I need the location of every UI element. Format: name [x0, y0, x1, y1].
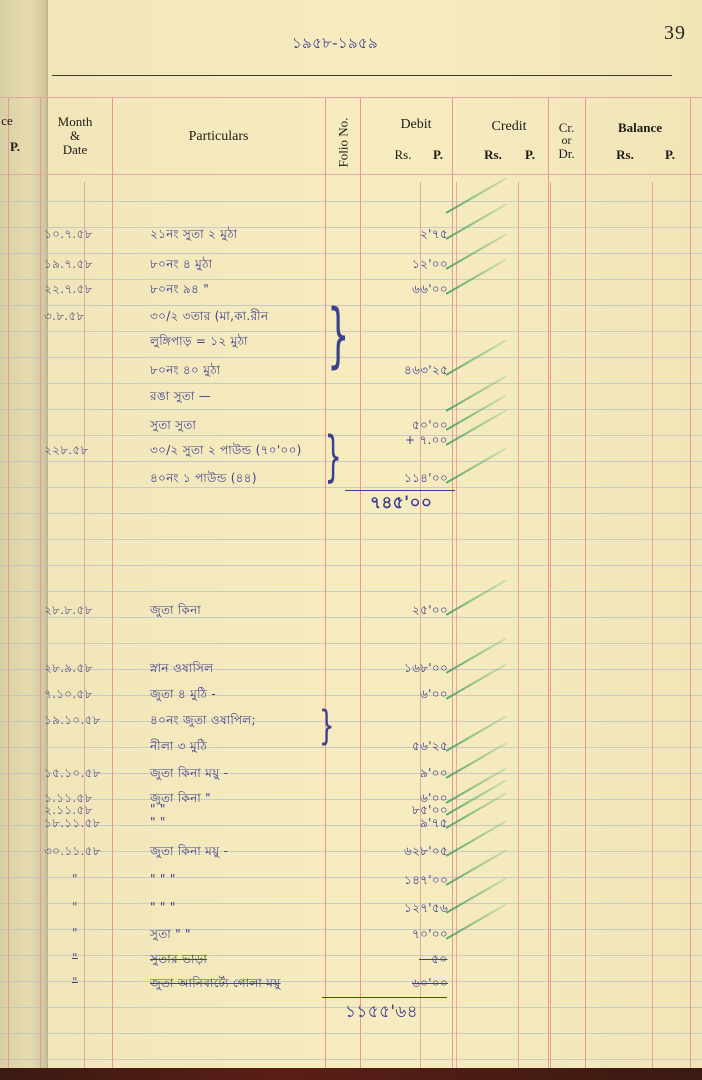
entry-particulars: সুতার ভাড়া — [150, 951, 207, 971]
subtotal-amount: ৭৪৫'০০ — [370, 490, 432, 518]
row-rule — [0, 617, 702, 618]
header-balance-rs: Rs. — [610, 148, 640, 161]
total-rule — [322, 997, 447, 998]
row-rule — [0, 877, 702, 878]
row-rule — [0, 825, 702, 826]
entry-debit: ১২'০০ — [412, 256, 448, 276]
row-rule — [0, 409, 702, 410]
row-rule — [0, 747, 702, 748]
column-rule — [548, 98, 549, 1068]
sub-column-rule — [518, 182, 519, 1068]
row-rule — [0, 1033, 702, 1034]
sub-column-rule — [550, 182, 551, 1068]
entry-date: " — [72, 926, 78, 940]
header-debit: Debit — [360, 118, 472, 131]
entry-debit: ২'৭৫ — [420, 226, 448, 246]
row-rule — [0, 721, 702, 722]
row-rule — [0, 435, 702, 436]
entry-particulars: জুতা আনিবার্ট্যে গোলা ময়ু — [150, 975, 281, 995]
entry-date: ২৮.৯.৫৮ — [44, 660, 93, 680]
entry-date: ৩.৮.৫৮ — [44, 308, 85, 328]
header-credit: Credit — [470, 120, 548, 133]
row-rule — [0, 279, 702, 280]
entry-particulars: ২১নং সুতা ২ মুঠা — [150, 226, 237, 246]
entry-particulars: সুতা " " — [150, 926, 191, 946]
entry-debit: ১২৭'৫৬ — [404, 900, 448, 920]
grand-total-amount: ১১৫৫'৬৪ — [345, 999, 418, 1027]
entry-debit: ১৪৭'০০ — [404, 872, 448, 892]
row-rule — [0, 1059, 702, 1060]
header-month: Month — [50, 115, 100, 128]
row-rule — [0, 253, 702, 254]
entry-debit: ৫৬'২৫ — [412, 738, 448, 758]
entry-particulars: জুতা কিনা ময়ু - — [150, 843, 228, 863]
entry-date: ২৮.৮.৫৮ — [44, 602, 93, 622]
page-number: 39 — [664, 22, 686, 45]
column-rule — [690, 98, 691, 1068]
entry-date: ২২৮.৫৮ — [44, 442, 89, 462]
left-page-header-ce: ce — [0, 114, 14, 127]
entry-particulars: " " — [150, 815, 166, 829]
entry-date: ১০.৭.৫৮ — [44, 226, 93, 246]
entry-date: " — [72, 872, 78, 886]
header-credit-p: P. — [520, 148, 540, 161]
entry-particulars: জুতা কিনা ময়ু - — [150, 765, 228, 785]
brace-group-2: } — [325, 430, 342, 484]
entry-debit: ৬৬'০০ — [412, 281, 448, 301]
row-rule — [0, 487, 702, 488]
row-rule — [0, 383, 702, 384]
row-rule — [0, 201, 702, 202]
entry-debit: + ৭.০০ — [405, 432, 448, 452]
entry-date: " — [72, 975, 78, 989]
header-credit-rs: Rs. — [478, 148, 508, 161]
header-balance-p: P. — [660, 148, 680, 161]
row-rule — [0, 799, 702, 800]
row-rule — [0, 305, 702, 306]
book-cover-edge — [0, 1068, 702, 1080]
entry-debit: ৭০'০০ — [412, 926, 448, 946]
entry-date: ১৮.১১.৫৮ — [44, 815, 101, 835]
title-rule — [52, 75, 672, 76]
entry-particulars: ৮০নং ৯৪ " — [150, 281, 209, 301]
header-debit-rs: Rs. — [388, 148, 418, 161]
entry-particulars: ৩০/২ সুতা ২ পাউন্ড (৭০'০০) — [150, 442, 302, 462]
entry-particulars: " " " — [150, 900, 176, 914]
row-rule — [0, 513, 702, 514]
row-rule — [0, 357, 702, 358]
entry-particulars: " " " — [150, 872, 176, 886]
header-bottom-rule — [0, 174, 702, 175]
header-date: Date — [50, 143, 100, 156]
header-balance: Balance — [590, 121, 690, 134]
entry-debit: ১১৪'০০ — [404, 470, 448, 490]
entry-particulars: লুঙ্গিপাড় = ১২ মুঠা — [150, 333, 248, 353]
entry-debit: ৪৬৩'২৫ — [404, 362, 448, 382]
entry-debit: ১৬৮'০০ — [404, 660, 448, 680]
header-top-rule — [0, 97, 702, 98]
entry-date: ১৯.১০.৫৮ — [44, 712, 101, 732]
header-folio: Folio No. — [337, 110, 350, 176]
column-rule — [40, 98, 41, 1068]
entry-date: ৩০.১১.৫৮ — [44, 843, 101, 863]
column-rule — [585, 98, 586, 1068]
entry-particulars: সুতা সুতা — [150, 417, 196, 437]
heading-handwritten: ১৯৫৮-১৯৫৯ — [292, 32, 378, 57]
column-rule — [112, 98, 113, 1068]
row-rule — [0, 669, 702, 670]
entry-date: " — [72, 951, 78, 965]
row-rule — [0, 773, 702, 774]
row-rule — [0, 929, 702, 930]
column-rule — [452, 98, 453, 1068]
entry-debit: ২৫'০০ — [412, 602, 448, 622]
entry-particulars: রঙা সুতা — — [150, 388, 211, 408]
column-rule — [8, 98, 9, 1068]
row-rule — [0, 227, 702, 228]
brace-group-3: } — [319, 706, 334, 746]
header-debit-p: P. — [428, 148, 448, 161]
header-particulars: Particulars — [112, 130, 325, 143]
entry-date: ২২.৭.৫৮ — [44, 281, 93, 301]
entry-date: ১৯.৭.৫৮ — [44, 256, 93, 276]
entry-debit: ৬২৮'০৫ — [404, 843, 448, 863]
entry-debit: ৬'০০ — [420, 686, 448, 706]
header-ampersand: & — [50, 129, 100, 142]
header-dr: Dr. — [548, 147, 585, 160]
row-rule — [0, 695, 702, 696]
column-rule — [360, 98, 361, 1068]
entry-particulars: ৮০নং ৪ মুঠা — [150, 256, 212, 276]
row-rule — [0, 539, 702, 540]
sub-column-rule — [456, 182, 457, 1068]
row-rule — [0, 851, 702, 852]
row-rule — [0, 643, 702, 644]
entry-particulars: ৪০নং জুতা ওষাপিল; — [150, 712, 256, 732]
row-rule — [0, 331, 702, 332]
brace-group-1: } — [327, 300, 349, 370]
left-page-header-p: P. — [8, 140, 22, 153]
row-rule — [0, 591, 702, 592]
row-rule — [0, 565, 702, 566]
entry-debit: ৯'৭৫ — [420, 815, 448, 835]
entry-particulars: ৮০নং ৪০ মুঠা — [150, 362, 220, 382]
entry-particulars: স্নান ওষাসিল — [150, 660, 213, 680]
entry-particulars: " " — [150, 802, 166, 816]
entry-date: ১৫.১০.৫৮ — [44, 765, 101, 785]
entry-debit: ৬০'০০ — [412, 975, 448, 995]
row-rule — [0, 981, 702, 982]
row-rule — [0, 461, 702, 462]
entry-date: " — [72, 900, 78, 914]
entry-particulars: নীলা ৩ মুঠি — [150, 738, 207, 758]
column-rule — [325, 98, 326, 1068]
entry-particulars: ৩০/২ ৩তার (মা,কা.রীন — [150, 308, 268, 328]
entry-debit: —৫০ — [419, 951, 448, 971]
row-rule — [0, 955, 702, 956]
entry-particulars: জুতা ৪ মুঠি - — [150, 686, 216, 706]
row-rule — [0, 903, 702, 904]
ledger-page — [0, 0, 702, 1068]
entry-particulars: জুতা কিনা — [150, 602, 201, 622]
entry-debit: ৯'০০ — [420, 765, 448, 785]
sub-column-rule — [652, 182, 653, 1068]
entry-date: ৭.১০.৫৮ — [44, 686, 93, 706]
entry-particulars: ৪০নং ১ পাউন্ড (৪৪) — [150, 470, 257, 490]
